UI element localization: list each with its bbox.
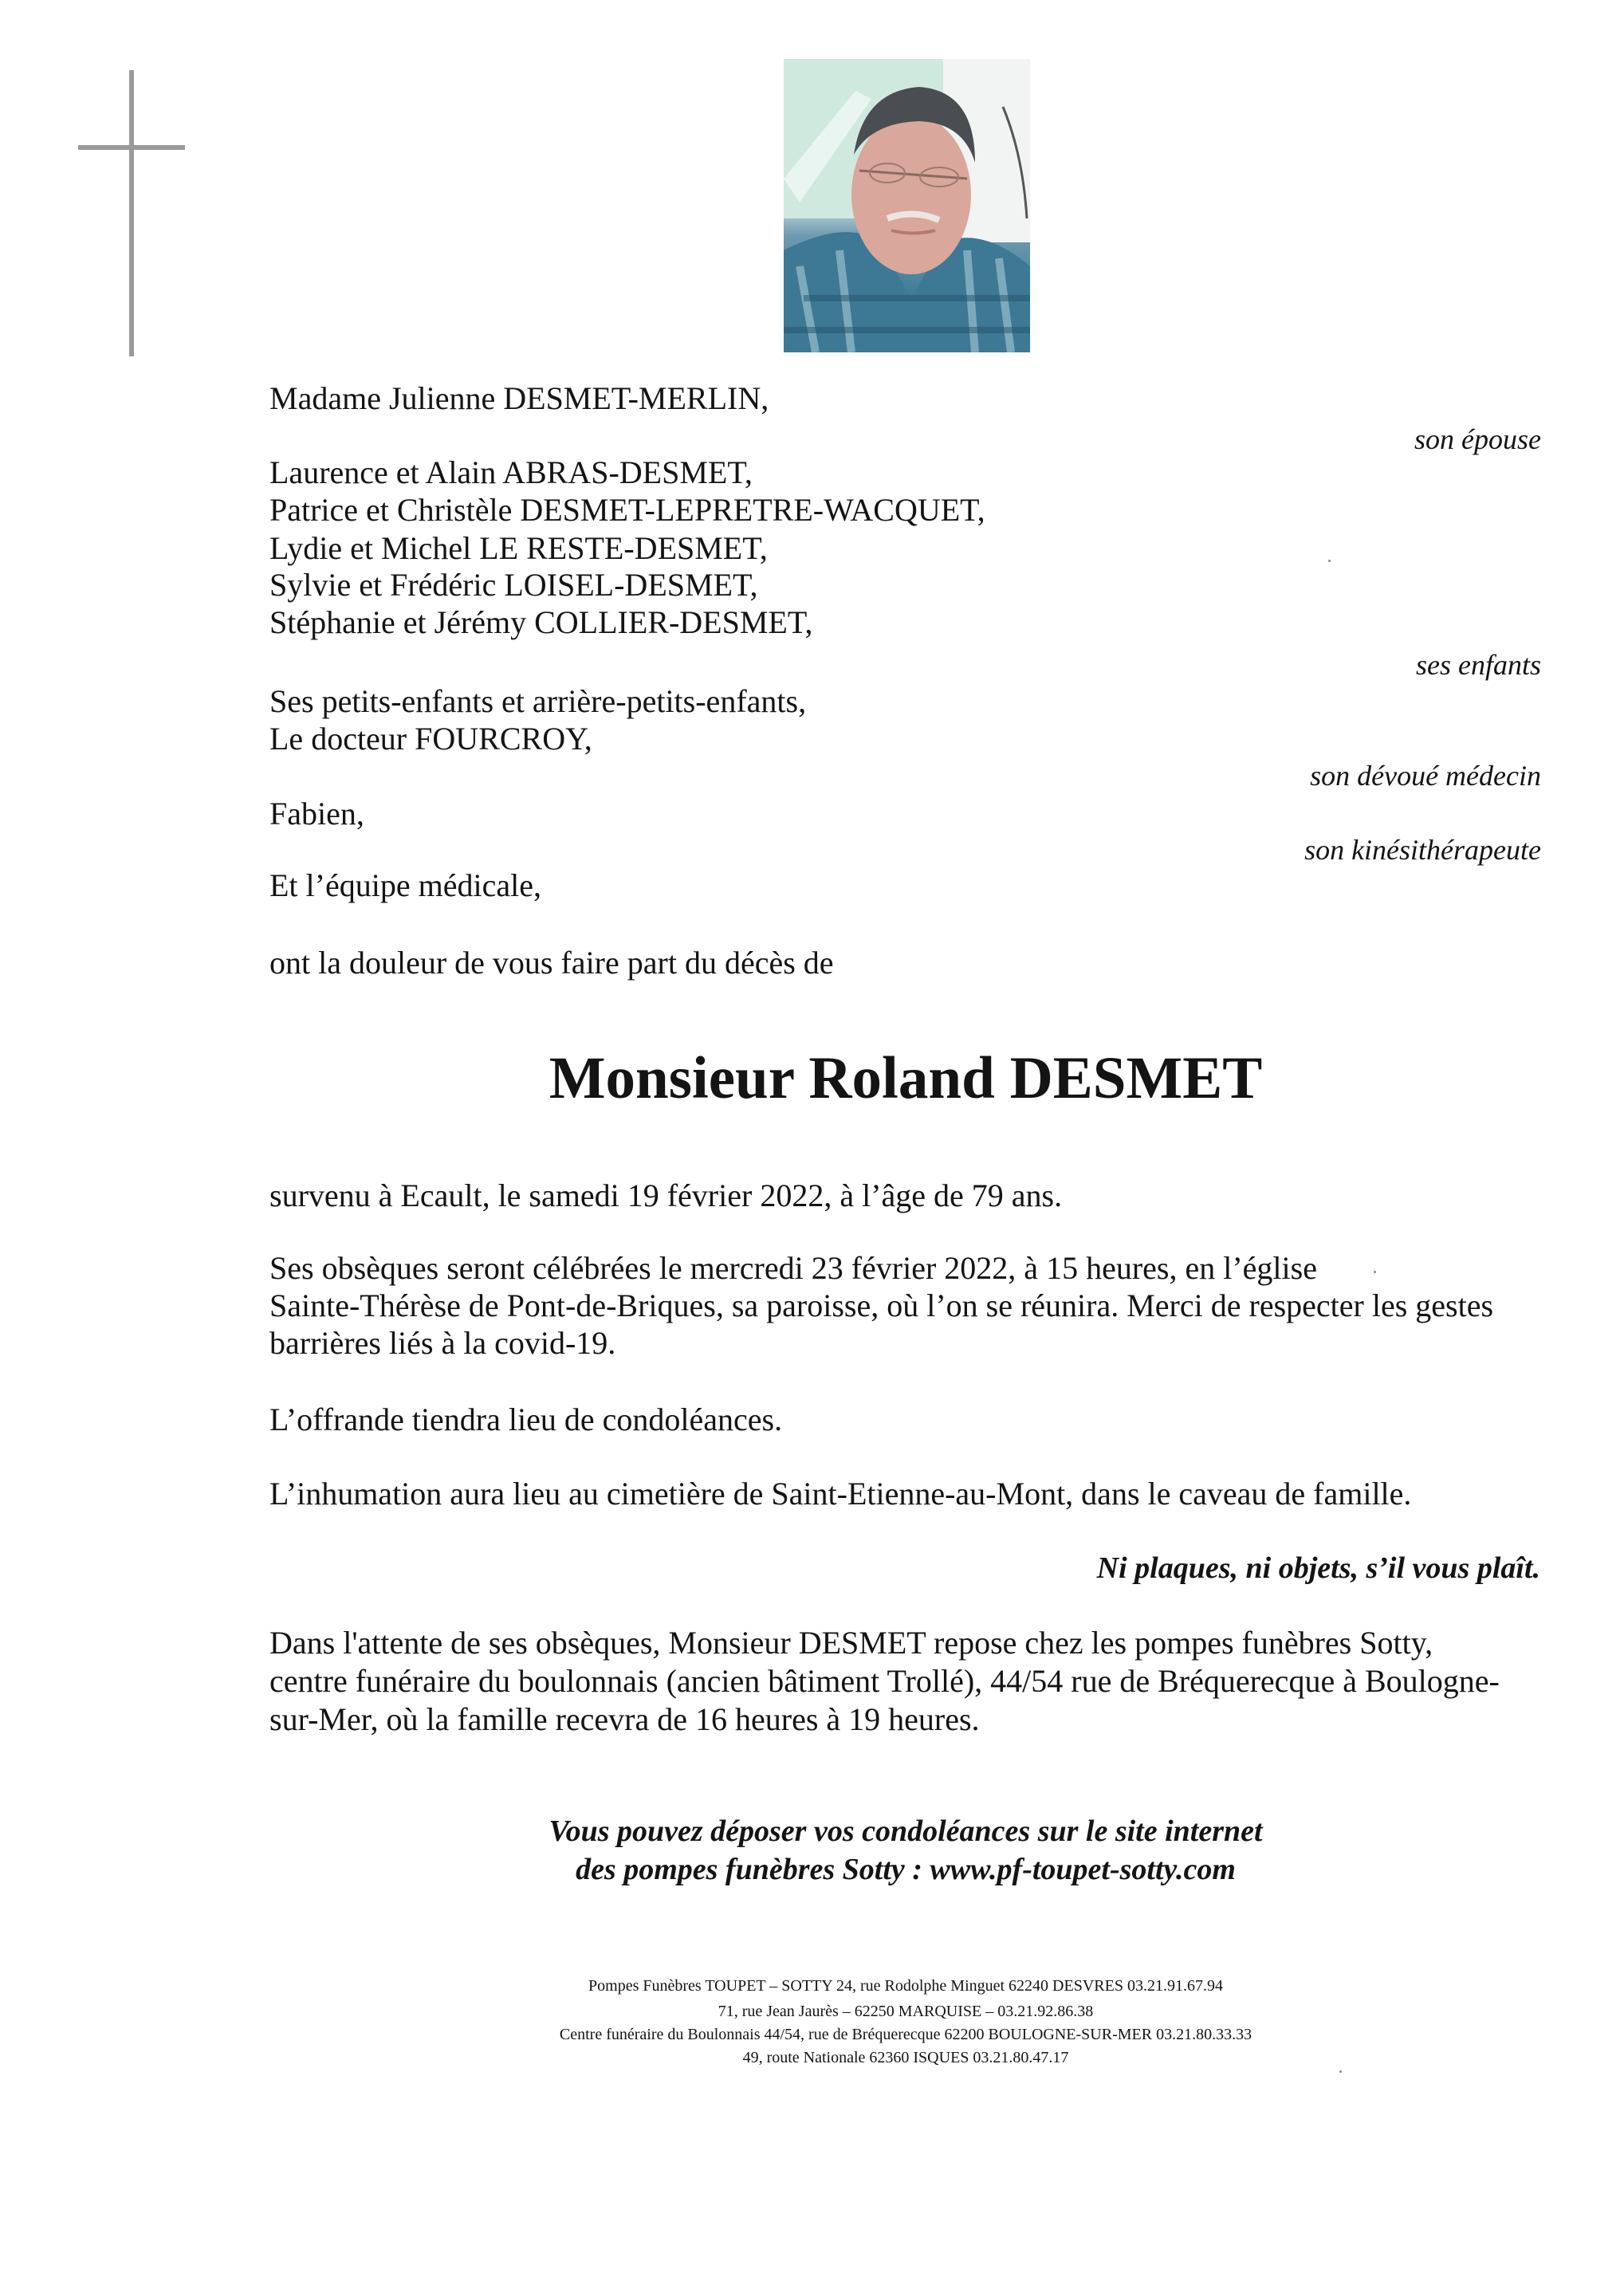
child-line: Laurence et Alain ABRAS-DESMET, [269, 457, 753, 489]
child-line: Stéphanie et Jérémy COLLIER-DESMET, [269, 607, 812, 639]
scan-speck [1339, 2070, 1342, 2073]
grandchildren-line: Ses petits-enfants et arrière-petits-enf… [269, 686, 806, 717]
no-plaques-notice: Ni plaques, ni objets, s’il vous plaît. [1097, 1553, 1540, 1583]
cross-vertical-bar [129, 70, 134, 356]
scan-speck [1328, 560, 1331, 562]
footer-address-line: Pompes Funèbres TOUPET – SOTTY 24, rue R… [269, 1978, 1542, 1994]
resting-line: Dans l'attente de ses obsèques, Monsieur… [269, 1627, 1433, 1659]
funeral-line: Ses obsèques seront célébrées le mercred… [269, 1252, 1317, 1284]
offering-line: L’offrande tiendra lieu de condoléances. [269, 1404, 782, 1436]
spouse-caption: son épouse [1414, 425, 1541, 454]
doctor-line: Le docteur FOURCROY, [269, 723, 592, 755]
spouse-name: Madame Julienne DESMET-MERLIN, [269, 383, 769, 415]
announcement-line: ont la douleur de vous faire part du déc… [269, 947, 834, 979]
physio-caption: son kinésithérapeute [1304, 835, 1541, 864]
child-line: Lydie et Michel LE RESTE-DESMET, [269, 533, 768, 564]
resting-line: centre funéraire du boulonnais (ancien b… [269, 1665, 1500, 1697]
physio-line: Fabien, [269, 798, 364, 830]
doctor-caption: son dévoué médecin [1310, 761, 1541, 790]
resting-line: sur-Mer, où la famille recevra de 16 heu… [269, 1704, 980, 1736]
funeral-line: Sainte-Thérèse de Pont-de-Briques, sa pa… [269, 1290, 1493, 1322]
footer-address-line: 49, route Nationale 62360 ISQUES 03.21.8… [269, 2050, 1542, 2066]
medical-team-line: Et l’équipe médicale, [269, 870, 541, 902]
condolences-line: Vous pouvez déposer vos condoléances sur… [269, 1816, 1542, 1846]
death-details: survenu à Ecault, le samedi 19 février 2… [269, 1180, 1062, 1212]
children-caption: ses enfants [1416, 651, 1541, 679]
deceased-name: Monsieur Roland DESMET [0, 1048, 1624, 1108]
condolences-website-line: des pompes funèbres Sotty : www.pf-toupe… [269, 1854, 1542, 1885]
cross-horizontal-bar [78, 145, 185, 150]
scan-speck [1374, 1271, 1376, 1273]
portrait-photo [784, 59, 1030, 352]
footer-address-line: Centre funéraire du Boulonnais 44/54, ru… [269, 2027, 1542, 2042]
portrait-image [784, 59, 1030, 352]
child-line: Sylvie et Frédéric LOISEL-DESMET, [269, 569, 757, 601]
burial-line: L’inhumation aura lieu au cimetière de S… [269, 1478, 1411, 1510]
child-line: Patrice et Christèle DESMET-LEPRETRE-WAC… [269, 494, 985, 526]
funeral-line: barrières liés à la covid-19. [269, 1327, 615, 1359]
footer-address-line: 71, rue Jean Jaurès – 62250 MARQUISE – 0… [269, 2003, 1542, 2019]
